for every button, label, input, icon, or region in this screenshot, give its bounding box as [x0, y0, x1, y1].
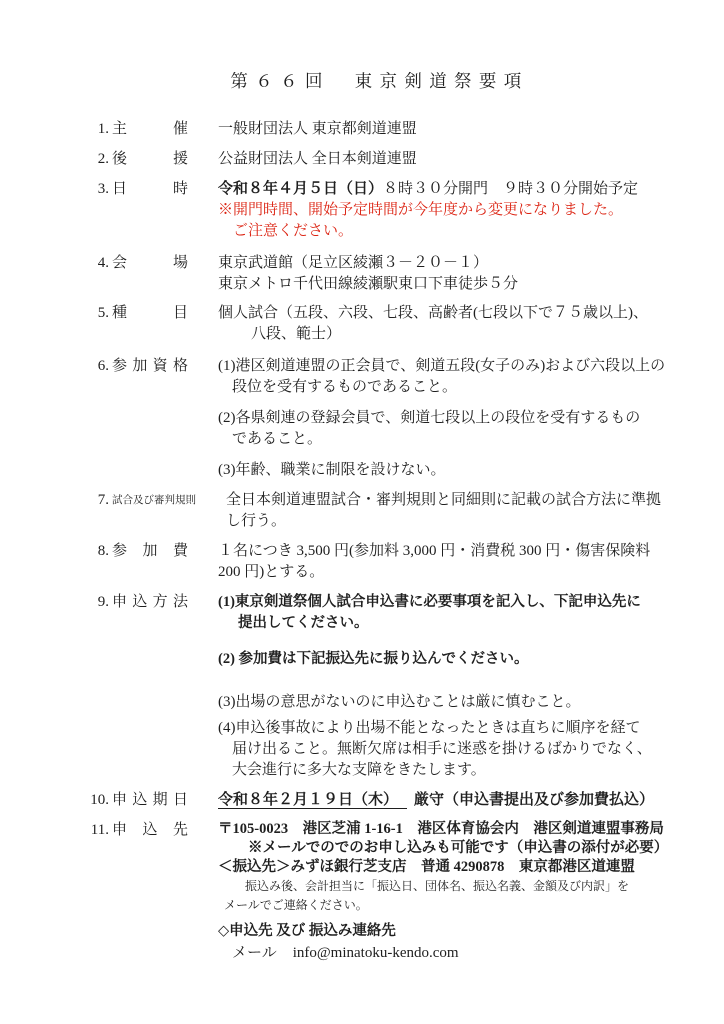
deadline-strict-note: 厳守（申込書提出及び参加費払込） [414, 792, 654, 808]
item-number: 5. [85, 303, 109, 345]
item-number: 1. [85, 119, 109, 140]
contact-heading: ◇申込先 及び 振込み連絡先 [218, 920, 674, 942]
eligibility-condition-1: (1)港区剣道連盟の正会員で、剣道五段(女子のみ)および六段以上の 段位を受有す… [218, 356, 674, 398]
item-address: 11. 申込先 〒105-0023 港区芝浦 1-16-1 港区体育協会内 港区… [85, 820, 674, 915]
datetime-notice-line2: ご注意ください。 [218, 221, 674, 242]
item-datetime: 3. 日時 令和８年４月５日（日）８時３０分開門 ９時３０分開始予定 ※開門時間… [85, 179, 674, 242]
events-line1: 個人試合（五段、六段、七段、高齢者(七段以下で７５歳以上)、 [218, 303, 674, 324]
item-application: 9. 申込方法 (1)東京剣道祭個人試合申込書に必要事項を記入し、下記申込先に … [85, 592, 674, 781]
item-host: 1. 主催 一般財団法人 東京都剣道連盟 [85, 119, 674, 140]
item-label-deadline: 申込期日 [112, 790, 188, 811]
item-number: 11. [85, 820, 109, 915]
item-label-fee: 参加費 [112, 541, 188, 583]
email-application-note: ※メールでのでのお申し込みも可能です（申込書の添付が必要） [218, 839, 674, 858]
bank-transfer-info: ＜振込先＞みずほ銀行芝支店 普通 4290878 東京都港区道連盟 [218, 858, 674, 877]
rules-line1: 全日本剣道連盟試合・審判規則と同細則に記載の試合方法に準拠 [226, 490, 674, 511]
host-organization: 一般財団法人 東京都剣道連盟 [218, 119, 674, 140]
item-label-eligibility: 参加資格 [112, 356, 188, 481]
application-step-1: (1)東京剣道祭個人試合申込書に必要事項を記入し、下記申込先に 提出してください… [218, 592, 674, 634]
item-label-address: 申込先 [112, 820, 188, 915]
events-line2: 八段、範士） [218, 324, 674, 345]
item-label-host: 主催 [112, 119, 188, 140]
event-time: ８時３０分開門 ９時３０分開始予定 [383, 181, 638, 197]
email-address: info@minatoku-kendo.com [293, 945, 459, 961]
item-label-support: 後援 [112, 149, 188, 170]
fee-line1: １名につき 3,500 円(参加料 3,000 円・消費税 300 円・傷害保険… [218, 541, 674, 562]
eligibility-condition-3: (3)年齢、職業に制限を設けない。 [218, 460, 674, 481]
item-label-datetime: 日時 [112, 179, 188, 242]
item-number: 9. [85, 592, 109, 781]
eligibility-condition-2: (2)各県剣連の登録会員で、剣道七段以上の段位を受有するもの であること。 [218, 408, 674, 450]
item-label-application: 申込方法 [112, 592, 188, 781]
item-number: 6. [85, 356, 109, 481]
item-eligibility: 6. 参加資格 (1)港区剣道連盟の正会員で、剣道五段(女子のみ)および六段以上… [85, 356, 674, 481]
application-step-3: (3)出場の意思がないのに申込むことは厳に慎むこと。 [218, 692, 674, 713]
application-step-2: (2) 参加費は下記振込先に振り込んでください。 [218, 649, 674, 670]
item-deadline: 10. 申込期日 令和８年２月１９日（木）厳守（申込書提出及び参加費払込） [85, 790, 674, 811]
venue-name: 東京武道館（足立区綾瀬３－２０－１） [218, 253, 674, 274]
transfer-report-note-line1: 振込み後、会計担当に「振込日、団体名、振込名義、金額及び内訳」を [218, 877, 674, 896]
support-organization: 公益財団法人 全日本剣道連盟 [218, 149, 674, 170]
item-number: 3. [85, 179, 109, 242]
item-support: 2. 後援 公益財団法人 全日本剣道連盟 [85, 149, 674, 170]
item-label-venue: 会場 [112, 253, 188, 295]
item-number: 7. [85, 490, 109, 532]
datetime-notice-line1: ※開門時間、開始予定時間が今年度から変更になりました。 [218, 200, 674, 221]
item-label-rules: 試合及び審判規則 [112, 490, 196, 532]
venue-access: 東京メトロ千代田線綾瀬駅東口下車徒歩５分 [218, 274, 674, 295]
item-rules: 7. 試合及び審判規則 全日本剣道連盟試合・審判規則と同細則に記載の試合方法に準… [85, 490, 674, 532]
application-step-4: (4)申込後事故により出場不能となったときは直ちに順序を経て 届け出ること。無断… [218, 718, 674, 781]
item-number: 2. [85, 149, 109, 170]
item-number: 4. [85, 253, 109, 295]
contact-email-line: メールinfo@minatoku-kendo.com [218, 942, 674, 964]
item-events: 5. 種目 個人試合（五段、六段、七段、高齢者(七段以下で７５歳以上)、 八段、… [85, 303, 674, 345]
email-label: メール [232, 945, 277, 961]
item-venue: 4. 会場 東京武道館（足立区綾瀬３－２０－１） 東京メトロ千代田線綾瀬駅東口下… [85, 253, 674, 295]
item-fee: 8. 参加費 １名につき 3,500 円(参加料 3,000 円・消費税 300… [85, 541, 674, 583]
transfer-report-note-line2: メールでご連絡ください。 [218, 896, 674, 915]
document-title: 第６６回 東京剣道祭要項 [85, 68, 674, 93]
deadline-date: 令和８年２月１９日（木） [218, 792, 407, 809]
item-number: 8. [85, 541, 109, 583]
fee-line2: 200 円)とする。 [218, 562, 674, 583]
rules-line2: し行う。 [226, 511, 674, 532]
contact-section: ◇申込先 及び 振込み連絡先 メールinfo@minatoku-kendo.co… [85, 920, 674, 964]
deadline-text: 令和８年２月１９日（木）厳守（申込書提出及び参加費払込） [218, 790, 674, 811]
item-label-events: 種目 [112, 303, 188, 345]
item-number: 10. [85, 790, 109, 811]
event-datetime: 令和８年４月５日（日）８時３０分開門 ９時３０分開始予定 [218, 179, 674, 200]
application-postal-address: 〒105-0023 港区芝浦 1-16-1 港区体育協会内 港区剣道連盟事務局 [218, 820, 674, 839]
event-date: 令和８年４月５日（日） [218, 181, 383, 197]
